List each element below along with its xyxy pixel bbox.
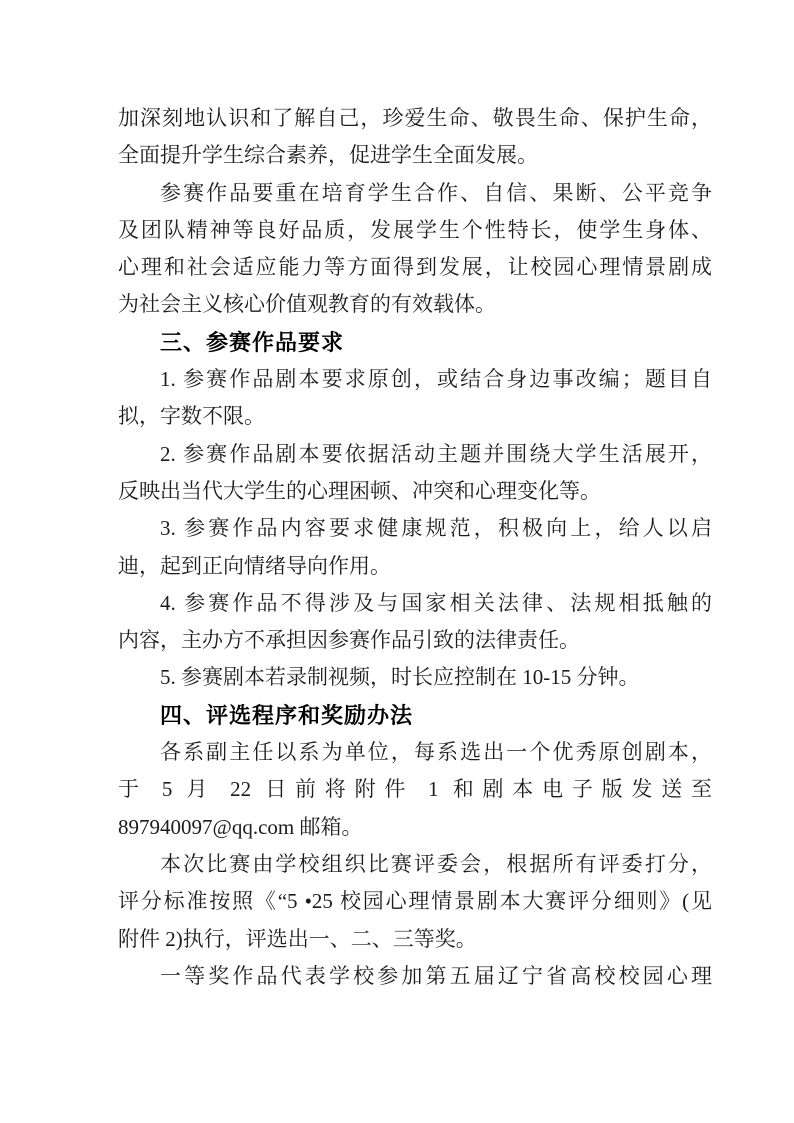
section-heading: 四、评选程序和奖励办法 <box>118 697 712 734</box>
text-line: 本次比赛由学校组织比赛评委会，根据所有评委打分， <box>118 846 712 883</box>
text-line: 及团队精神等良好品质，发展学生个性特长，使学生身体、 <box>118 212 712 249</box>
text-line: 各系副主任以系为单位，每系选出一个优秀原创剧本， <box>118 734 712 771</box>
text-line: 2. 参赛作品剧本要依据活动主题并围绕大学生活展开， <box>118 436 712 473</box>
text-line: 1. 参赛作品剧本要求原创，或结合身边事改编；题目自 <box>118 361 712 398</box>
text-line: 3. 参赛作品内容要求健康规范，积极向上，给人以启 <box>118 510 712 547</box>
text-line: 为社会主义核心价值观教育的有效载体。 <box>118 286 712 323</box>
document-body: 加深刻地认识和了解自己，珍爱生命、敬畏生命、保护生命，全面提升学生综合素养，促进… <box>118 100 712 995</box>
text-line: 897940097@qq.com 邮箱。 <box>118 809 712 846</box>
text-line: 4. 参赛作品不得涉及与国家相关法律、法规相抵触的 <box>118 585 712 622</box>
text-line: 拟，字数不限。 <box>118 398 712 435</box>
text-line: 加深刻地认识和了解自己，珍爱生命、敬畏生命、保护生命， <box>118 100 712 137</box>
text-line: 全面提升学生综合素养，促进学生全面发展。 <box>118 137 712 174</box>
section-heading: 三、参赛作品要求 <box>118 324 712 361</box>
text-line: 参赛作品要重在培育学生合作、自信、果断、公平竞争 <box>118 175 712 212</box>
text-line: 心理和社会适应能力等方面得到发展，让校园心理情景剧成 <box>118 249 712 286</box>
text-line: 于 5 月 22 日前将附件 1 和剧本电子版发送至 <box>118 771 712 808</box>
text-line: 5. 参赛剧本若录制视频，时长应控制在 10-15 分钟。 <box>118 659 712 696</box>
text-line: 评分标准按照《“5 •25 校园心理情景剧本大赛评分细则》(见 <box>118 883 712 920</box>
text-line: 附件 2)执行，评选出一、二、三等奖。 <box>118 921 712 958</box>
text-line: 反映出当代大学生的心理困顿、冲突和心理变化等。 <box>118 473 712 510</box>
document-page: 加深刻地认识和了解自己，珍爱生命、敬畏生命、保护生命，全面提升学生综合素养，促进… <box>0 0 794 1123</box>
text-line: 迪，起到正向情绪导向作用。 <box>118 548 712 585</box>
text-line: 一等奖作品代表学校参加第五届辽宁省高校校园心理 <box>118 958 712 995</box>
text-line: 内容，主办方不承担因参赛作品引致的法律责任。 <box>118 622 712 659</box>
